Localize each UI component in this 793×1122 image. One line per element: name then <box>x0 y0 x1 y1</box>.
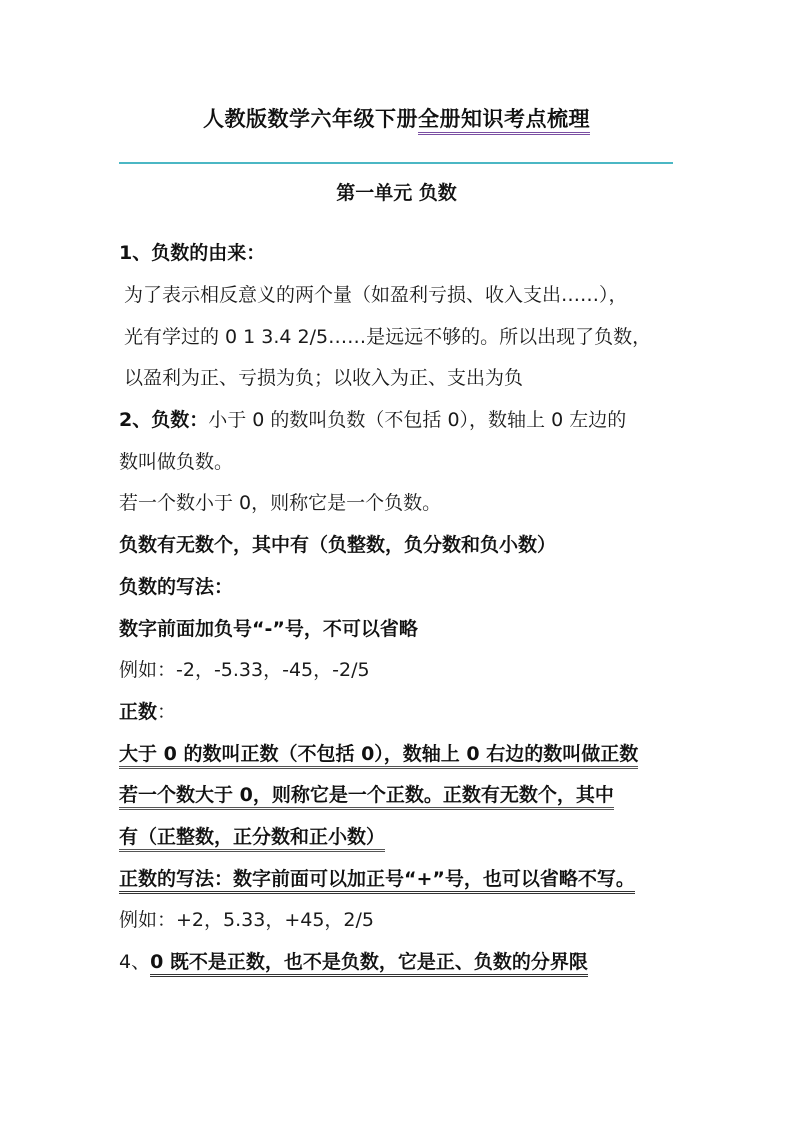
section-2-line-4: 负数有无数个，其中有（负整数，负分数和负小数） <box>119 532 556 558</box>
positive-heading: 正数 <box>119 701 157 723</box>
section-1-line-1: 为了表示相反意义的两个量（如盈利亏损、收入支出……）， <box>124 282 628 308</box>
section-4-text: 0 既不是正数，也不是负数，它是正、负数的分界限 <box>150 951 588 977</box>
title-divider <box>119 162 673 164</box>
section-4-prefix: 4、 <box>119 951 150 973</box>
section-1-line-2: 光有学过的 0 1 3.4 2/5……是远远不够的。所以出现了负数， <box>124 324 651 350</box>
positive-definition-3: 有（正整数，正分数和正小数） <box>119 826 385 852</box>
positive-writing-rule: 正数的写法：数字前面可以加正号“+”号，也可以省略不写。 <box>119 868 635 894</box>
positive-writing-line: 正数的写法：数字前面可以加正号“+”号，也可以省略不写。 <box>119 866 635 892</box>
section-4-line: 4、0 既不是正数，也不是负数，它是正、负数的分界限 <box>119 949 588 975</box>
title-part-1: 人教版数学六年级下册 <box>203 107 418 131</box>
negative-writing-heading: 负数的写法： <box>119 574 233 600</box>
document-page: 人教版数学六年级下册全册知识考点梳理 第一单元 负数 1、负数的由来： 为了表示… <box>0 0 793 1122</box>
positive-definition-2: 若一个数大于 0，则称它是一个正数。正数有无数个，其中 <box>119 784 614 810</box>
section-2-line-3: 若一个数小于 0，则称它是一个负数。 <box>119 490 441 516</box>
positive-line-2: 若一个数大于 0，则称它是一个正数。正数有无数个，其中 <box>119 782 614 808</box>
section-2-line-1: 2、负数：小于 0 的数叫负数（不包括 0），数轴上 0 左边的 <box>119 407 626 433</box>
positive-line-3: 有（正整数，正分数和正小数） <box>119 824 385 850</box>
positive-example: 例如：+2，5.33，+45，2/5 <box>119 907 374 933</box>
positive-line-1: 大于 0 的数叫正数（不包括 0），数轴上 0 右边的数叫做正数 <box>119 741 638 767</box>
document-title: 人教版数学六年级下册全册知识考点梳理 <box>0 103 793 133</box>
unit-title: 第一单元 负数 <box>0 178 793 205</box>
positive-definition: 大于 0 的数叫正数（不包括 0），数轴上 0 右边的数叫做正数 <box>119 743 638 769</box>
title-part-2-underlined: 全册知识考点梳理 <box>418 107 590 135</box>
negative-writing-rule: 数字前面加负号“-”号，不可以省略 <box>119 616 418 642</box>
section-1-line-3: 以盈利为正、亏损为负；以收入为正、支出为负 <box>124 365 523 391</box>
positive-heading-colon: ： <box>157 701 176 723</box>
section-2-line-2: 数叫做负数。 <box>119 449 233 475</box>
section-2-heading: 2、负数： <box>119 409 208 431</box>
negative-example: 例如：-2，-5.33，-45，-2/5 <box>119 657 370 683</box>
section-1-heading: 1、负数的由来： <box>119 240 265 266</box>
section-2-definition: 小于 0 的数叫负数（不包括 0），数轴上 0 左边的 <box>208 409 626 431</box>
positive-heading-line: 正数： <box>119 699 176 725</box>
